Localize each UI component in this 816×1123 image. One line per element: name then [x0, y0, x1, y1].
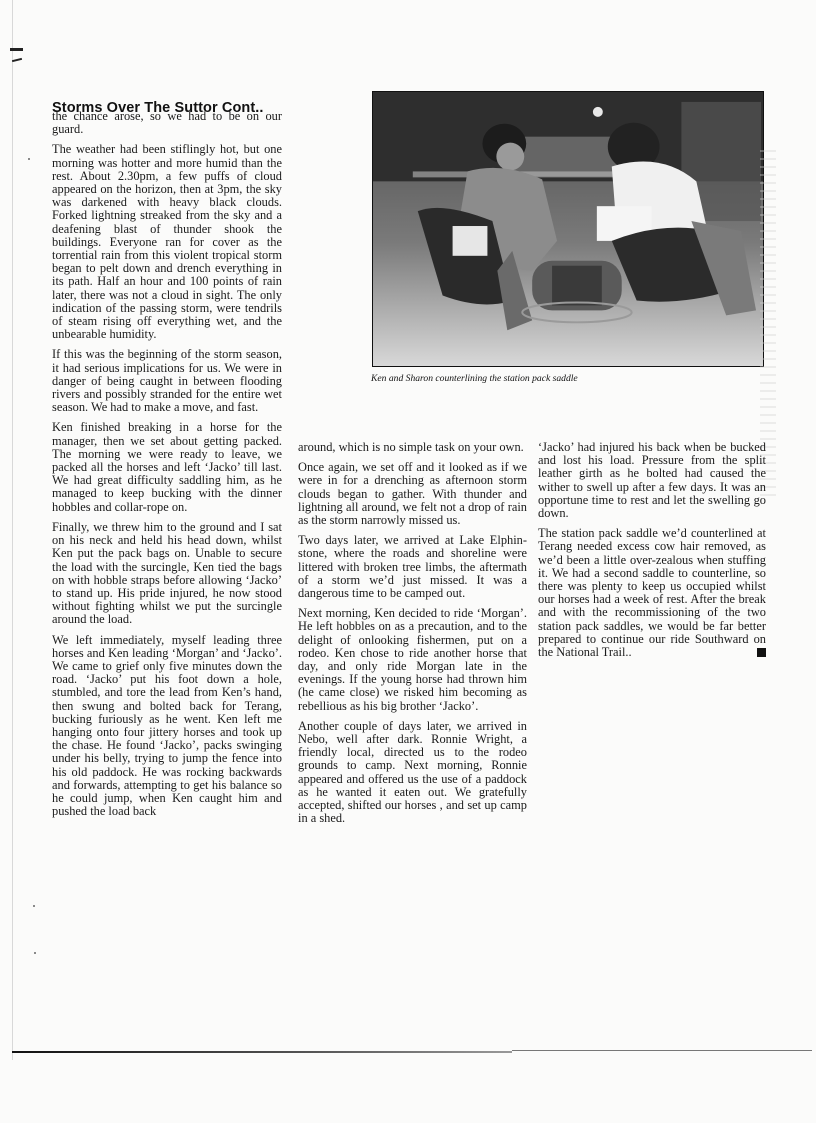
paragraph: ‘Jacko’ had injured his back when be buc…	[538, 441, 766, 520]
photo-caption: Ken and Sharon counterlining the station…	[371, 373, 578, 384]
article-photo	[372, 91, 764, 367]
paragraph: If this was the beginning of the storm s…	[52, 348, 282, 414]
scan-speck	[28, 158, 30, 160]
end-mark-icon	[757, 648, 766, 657]
article-column-3: ‘Jacko’ had injured his back when be buc…	[538, 441, 766, 666]
photo-image	[373, 92, 763, 366]
bottom-rule	[12, 1051, 512, 1053]
paragraph: Finally, we threw him to the ground and …	[52, 521, 282, 627]
article-column-1: the chance arose, so we had to be on our…	[52, 110, 282, 825]
paragraph-text: The station pack saddle we’d counterline…	[538, 526, 766, 659]
scan-speck	[34, 952, 36, 954]
paragraph: around, which is no simple task on your …	[298, 441, 527, 454]
paragraph: Another couple of days later, we arrived…	[298, 720, 527, 826]
paragraph: Next morning, Ken decided to ride ‘Mor­g…	[298, 607, 527, 713]
paragraph: Once again, we set off and it looked as …	[298, 461, 527, 527]
paragraph: Ken finished breaking in a horse for the…	[52, 421, 282, 513]
paragraph: The station pack saddle we’d counterline…	[538, 527, 766, 659]
paragraph: the chance arose, so we had to be on our…	[52, 110, 282, 136]
paragraph: We left immediately, myself leading thre…	[52, 634, 282, 819]
article-column-2: around, which is no simple task on your …	[298, 441, 527, 832]
margin-mark	[10, 48, 23, 51]
bottom-rule	[512, 1050, 812, 1051]
page-edge	[12, 0, 13, 1060]
paragraph: The weather had been stiflingly hot, but…	[52, 143, 282, 341]
scan-speck	[33, 905, 35, 907]
paragraph: Two days later, we arrived at Lake Elphi…	[298, 534, 527, 600]
margin-mark	[12, 58, 22, 62]
